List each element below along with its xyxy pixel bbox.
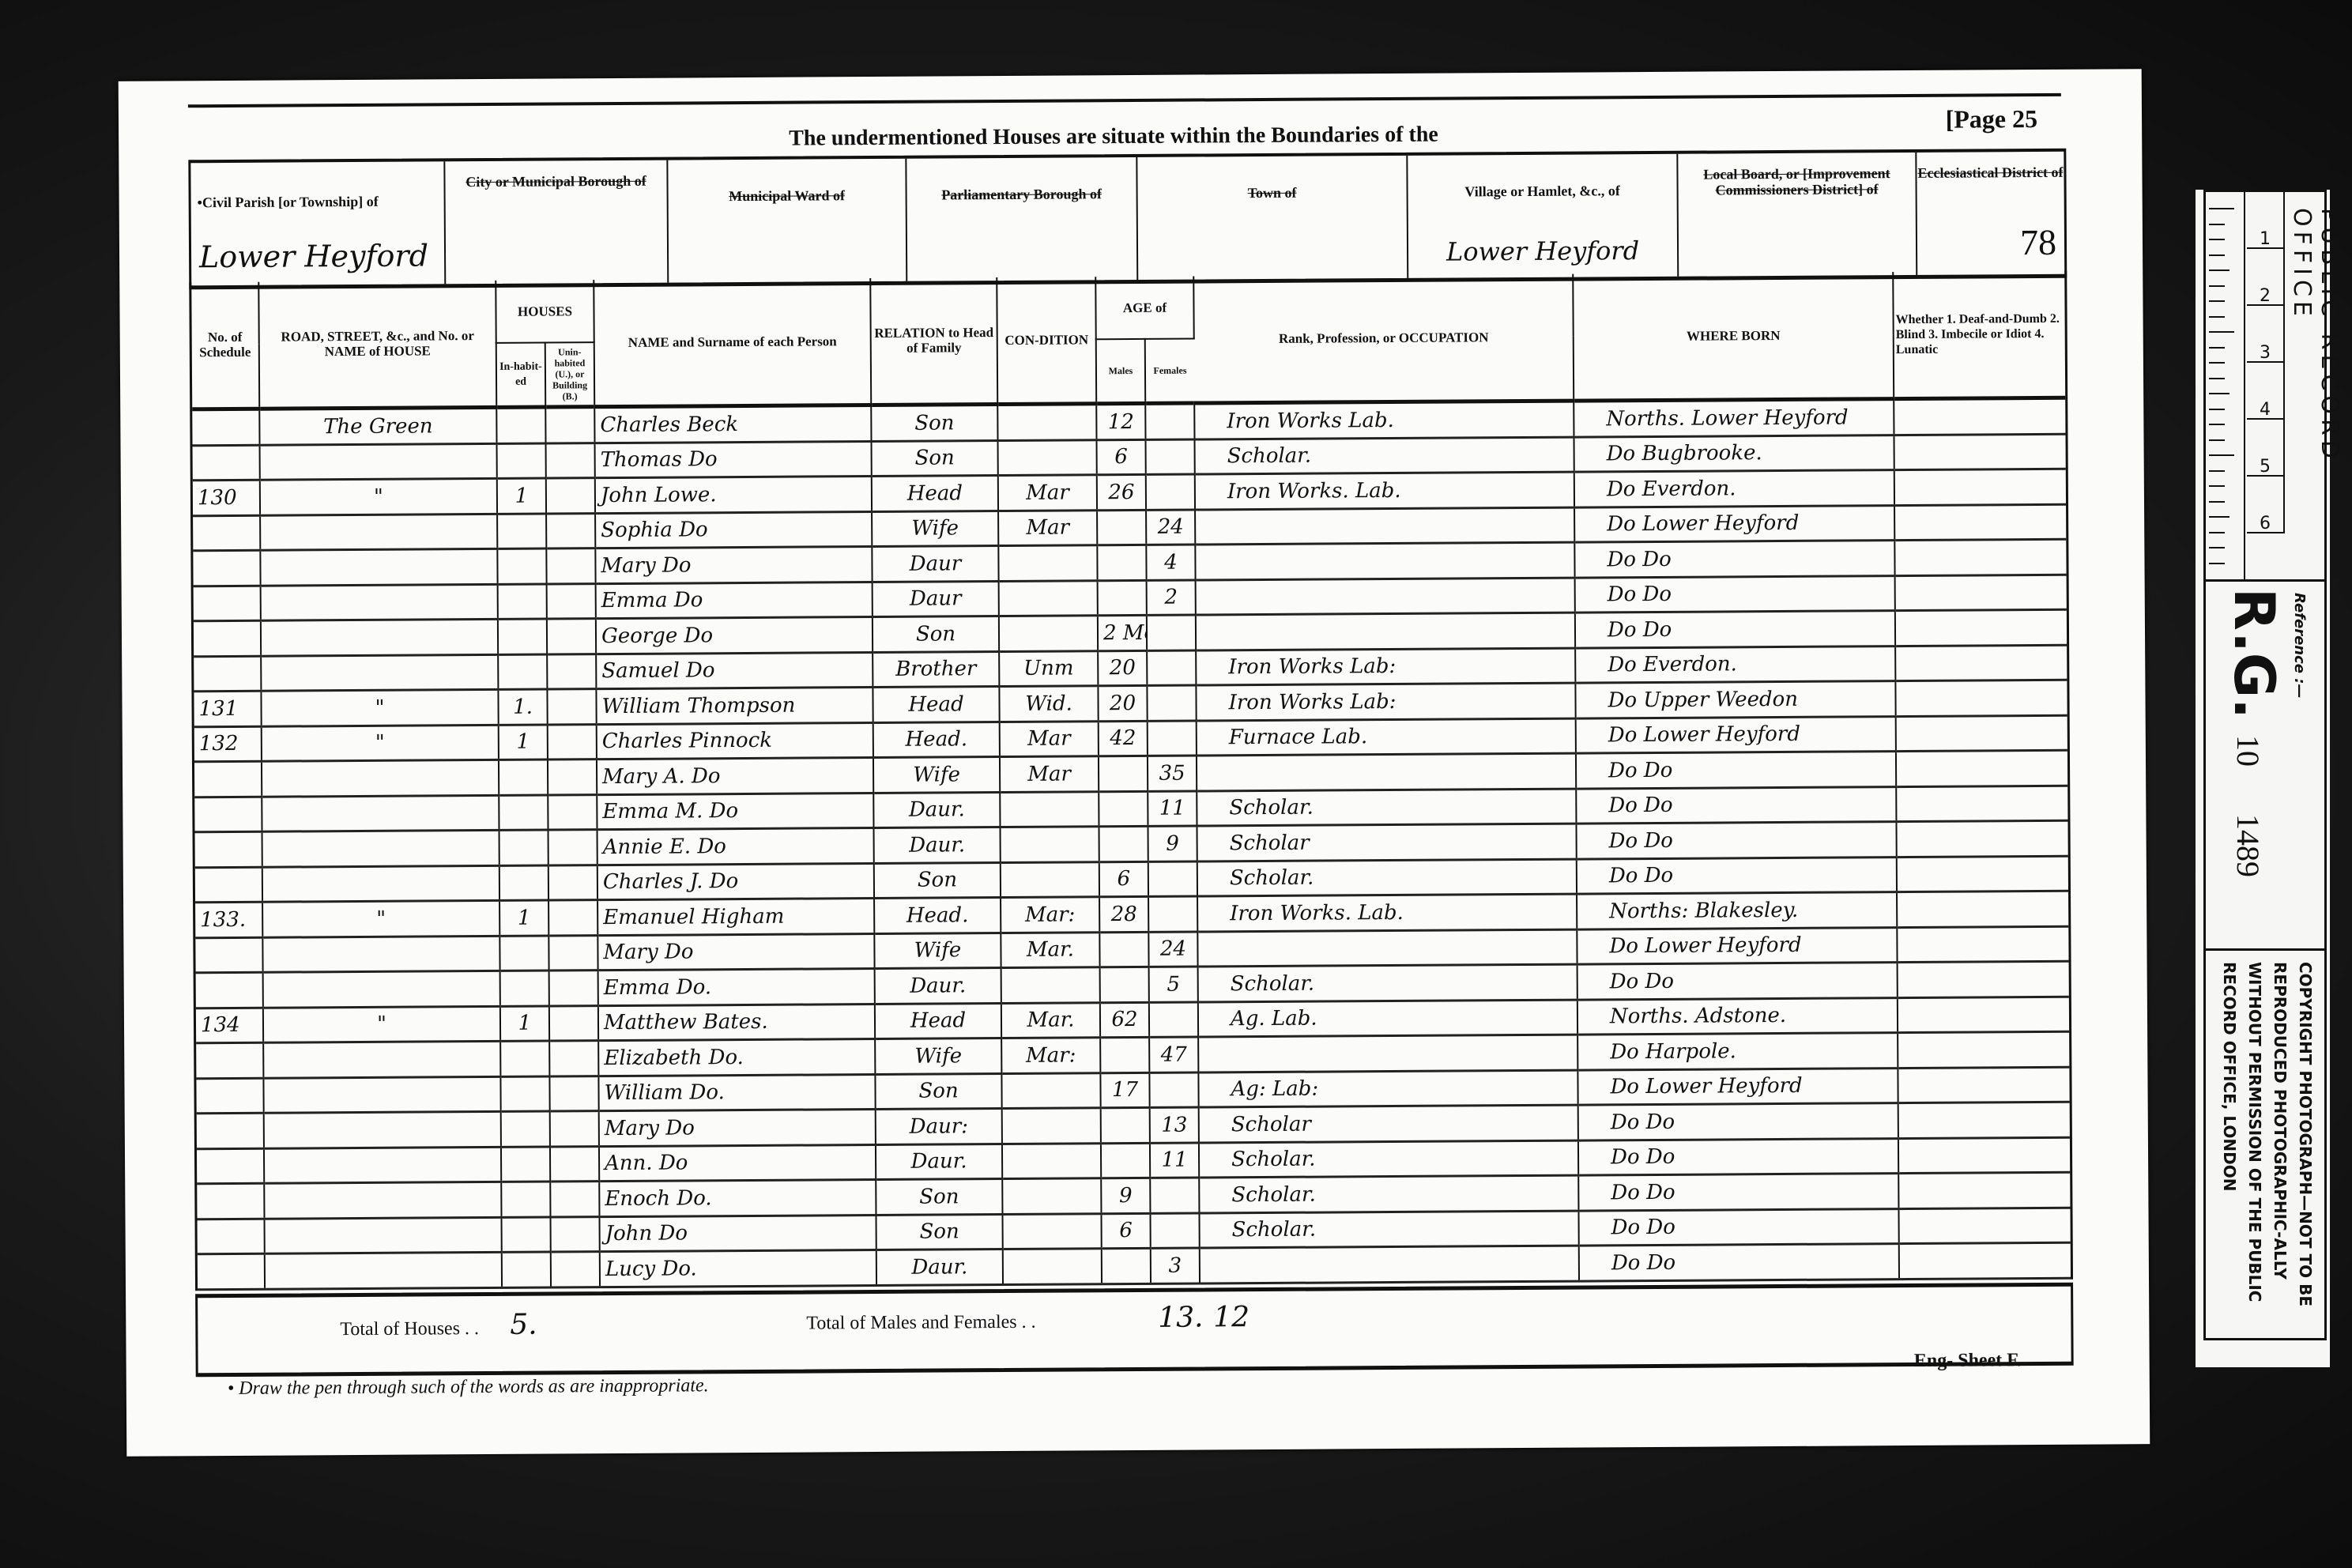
infirmity-cell — [1897, 856, 2068, 892]
name-cell: Emma Do — [596, 582, 873, 619]
male-age-cell — [1099, 791, 1148, 827]
female-age-cell: 11 — [1148, 791, 1197, 827]
infirmity-cell — [1898, 1067, 2069, 1103]
infirmity-cell — [1894, 469, 2066, 505]
inhabited-cell: 1 — [499, 900, 548, 936]
name-cell: Annie E. Do — [597, 828, 874, 865]
male-age-cell — [1097, 545, 1146, 580]
female-age-cell: 5 — [1149, 967, 1198, 1002]
municipal-borough-cell: City or Municipal Borough of — [445, 160, 669, 285]
condition-cell — [1000, 791, 1099, 827]
male-age-cell — [1102, 1248, 1151, 1283]
occupation-cell: Scholar. — [1195, 437, 1574, 474]
condition-cell: Mar — [1000, 721, 1099, 756]
female-age-cell: 4 — [1146, 545, 1195, 580]
female-age-cell — [1147, 615, 1196, 650]
col-name: NAME and Surname of each Person — [594, 278, 871, 407]
condition-cell — [998, 439, 1097, 475]
female-age-cell: 24 — [1146, 510, 1195, 545]
male-age-cell: 6 — [1097, 439, 1146, 475]
female-age-cell — [1147, 685, 1196, 721]
footnote: • Draw the pen through such of the words… — [228, 1375, 709, 1400]
condition-cell: Unm — [999, 650, 1098, 686]
where-born-cell: Do Do — [1575, 575, 1895, 612]
occupation-cell — [1200, 1246, 1579, 1283]
town-cell: Town of — [1137, 156, 1408, 280]
uninhabited-cell — [549, 1076, 598, 1111]
ruler-tick — [2209, 300, 2225, 302]
occupation-cell — [1195, 507, 1574, 545]
male-age-cell: 6 — [1099, 861, 1148, 897]
female-age-cell — [1150, 1178, 1199, 1213]
female-age-cell — [1148, 721, 1197, 756]
infirmity-cell — [1895, 680, 2067, 716]
ruler-tick — [2209, 285, 2225, 287]
ruler-tick — [2209, 316, 2225, 318]
male-age-cell — [1101, 1143, 1150, 1178]
occupation-cell — [1196, 578, 1575, 615]
occupation-cell: Iron Works Lab: — [1196, 683, 1575, 720]
condition-cell — [1003, 1249, 1102, 1284]
male-age-cell: 6 — [1101, 1213, 1150, 1249]
cm-scale-number: 1 — [2247, 192, 2285, 249]
road-cell — [262, 759, 499, 796]
infirmity-cell — [1894, 434, 2065, 470]
female-age-cell — [1146, 439, 1195, 475]
name-cell: Ann. Do — [599, 1144, 876, 1182]
ruler-tick — [2209, 454, 2234, 456]
census-form: The undermentioned Houses are situate wi… — [188, 93, 2069, 1353]
schedule-cell: 133. — [195, 902, 262, 937]
uninhabited-cell — [548, 794, 597, 830]
col-females: Females — [1145, 339, 1194, 404]
condition-cell — [999, 580, 1098, 616]
totals-row: Total of Houses . . 5. Total of Males an… — [195, 1283, 2074, 1378]
condition-cell — [1001, 1072, 1100, 1108]
female-age-cell: 3 — [1151, 1248, 1200, 1283]
schedule-cell: 130 — [193, 480, 260, 515]
female-age-cell — [1149, 1002, 1198, 1038]
ruler-tick — [2209, 362, 2225, 364]
road-cell: " — [262, 900, 499, 937]
col-condition: CON-DITION — [997, 277, 1096, 404]
inhabited-cell — [497, 443, 546, 479]
male-age-cell: 42 — [1099, 721, 1148, 756]
where-born-cell: Norths. Adstone. — [1577, 997, 1898, 1035]
inhabited-cell — [500, 1076, 549, 1112]
road-cell — [260, 443, 497, 480]
schedule-cell: 131 — [194, 691, 261, 726]
name-cell: Charles Beck — [594, 405, 871, 443]
road-cell: " — [260, 478, 497, 514]
male-age-cell — [1099, 756, 1148, 791]
condition-cell: Mar. — [1001, 932, 1099, 967]
male-age-cell: 20 — [1098, 685, 1147, 721]
where-born-cell: Do Lower Heyford — [1577, 1068, 1898, 1105]
where-born-cell: Do Upper Weedon — [1575, 681, 1895, 718]
occupation-cell: Scholar. — [1197, 859, 1577, 896]
road-cell: " — [263, 1006, 500, 1042]
col-age: AGE of — [1095, 277, 1193, 340]
census-rows: The GreenCharles BeckSon12Iron Works Lab… — [192, 398, 2071, 1289]
relation-cell: Wife — [875, 1038, 1001, 1074]
name-cell: Emma Do. — [598, 969, 875, 1006]
civil-parish-value: Lower Heyford — [199, 238, 436, 274]
where-born-cell: Do Lower Heyford — [1574, 505, 1894, 542]
uninhabited-cell — [548, 830, 597, 865]
uninhabited-cell — [549, 971, 598, 1006]
male-age-cell — [1099, 826, 1148, 861]
total-houses-value: 5. — [510, 1309, 537, 1341]
uninhabited-cell — [550, 1111, 599, 1147]
where-born-cell: Do Lower Heyford — [1576, 716, 1896, 753]
uninhabited-cell — [547, 619, 596, 654]
occupation-cell: Scholar — [1199, 1105, 1578, 1142]
where-born-cell: Do Everdon. — [1575, 646, 1895, 683]
relation-cell: Head — [872, 476, 998, 511]
ruler-tick — [2209, 409, 2225, 410]
col-males: Males — [1096, 339, 1145, 404]
inhabited-cell — [501, 1182, 550, 1217]
occupation-cell: Scholar — [1197, 824, 1577, 861]
male-age-cell: 20 — [1098, 650, 1147, 686]
female-age-cell: 2 — [1147, 580, 1196, 616]
name-cell: Sophia Do — [595, 511, 872, 548]
inhabited-cell: 1 — [499, 725, 548, 760]
inhabited-cell — [498, 584, 547, 620]
occupation-cell: Scholar. — [1199, 1211, 1578, 1248]
civil-parish-cell: •Civil Parish [or Township] of Lower Hey… — [190, 161, 446, 285]
female-age-cell — [1150, 1213, 1199, 1249]
uninhabited-cell — [548, 900, 597, 936]
inhabited-cell — [497, 548, 546, 584]
road-cell — [262, 795, 499, 831]
infirmity-cell — [1895, 645, 2067, 681]
municipal-borough-label: City or Municipal Borough of — [445, 173, 666, 190]
schedule-cell — [193, 550, 260, 586]
name-cell: Charles J. Do — [597, 863, 874, 900]
total-females-value: 12 — [1213, 1301, 1249, 1333]
male-age-cell — [1098, 580, 1147, 616]
schedule-cell — [194, 656, 261, 692]
uninhabited-cell — [547, 583, 596, 619]
inhabited-cell — [496, 407, 545, 443]
occupation-cell — [1197, 753, 1576, 790]
condition-cell: Mar — [998, 510, 1097, 545]
schedule-cell — [198, 1253, 265, 1289]
where-born-cell: Do Do — [1579, 1244, 1899, 1281]
road-cell — [262, 830, 499, 866]
schedule-cell — [197, 1148, 264, 1184]
ruler-tick — [2209, 563, 2225, 564]
infirmity-cell — [1897, 891, 2068, 927]
schedule-cell — [192, 409, 259, 445]
ruler-tick — [2209, 532, 2225, 533]
where-born-cell: Do Everdon. — [1574, 470, 1894, 507]
ruler-tick — [2209, 347, 2225, 349]
relation-cell: Wife — [872, 511, 998, 546]
occupation-cell — [1197, 929, 1577, 967]
name-cell: Enoch Do. — [599, 1180, 876, 1217]
local-board-cell: Local Board, or [Improvement Commissione… — [1678, 153, 1917, 277]
relation-cell: Son — [876, 1214, 1003, 1249]
col-relation: RELATION to Head of Family — [870, 277, 997, 405]
inch-ticks — [2206, 192, 2245, 579]
where-born-cell: Do Do — [1577, 857, 1897, 894]
schedule-cell — [195, 831, 262, 867]
name-cell: Mary Do — [595, 547, 872, 584]
road-cell: " — [262, 725, 499, 761]
female-age-cell — [1148, 896, 1197, 932]
col-where-born: WHERE BORN — [1573, 272, 1894, 401]
road-cell — [260, 548, 497, 585]
female-age-cell: 11 — [1150, 1143, 1199, 1178]
inhabited-cell — [499, 830, 548, 865]
occupation-cell: Iron Works. Lab. — [1195, 472, 1574, 509]
inhabited-cell — [500, 1041, 549, 1076]
male-age-cell — [1099, 932, 1148, 967]
infirmity-cell — [1896, 820, 2067, 857]
male-age-cell — [1101, 1107, 1150, 1143]
condition-cell — [1001, 861, 1099, 897]
occupation-cell: Scholar. — [1198, 964, 1577, 1001]
inhabited-cell — [499, 865, 548, 901]
relation-cell: Wife — [874, 933, 1001, 968]
occupation-cell: Ag. Lab. — [1198, 1000, 1577, 1037]
inhabited-cell — [499, 759, 548, 795]
male-age-cell: 2 Mo — [1098, 615, 1147, 650]
where-born-cell: Do Do — [1576, 786, 1896, 824]
ruler-tick — [2209, 516, 2229, 518]
total-persons-label: Total of Males and Females . . — [806, 1312, 1035, 1335]
civil-parish-label: •Civil Parish [or Township] of — [191, 193, 444, 210]
road-cell — [260, 514, 497, 550]
infirmity-cell — [1898, 961, 2069, 997]
occupation-cell: Ag: Lab: — [1198, 1070, 1577, 1107]
female-age-cell: 24 — [1148, 932, 1197, 967]
road-cell — [262, 936, 499, 972]
relation-cell: Head. — [873, 722, 1000, 757]
relation-cell: Daur. — [874, 827, 1001, 863]
infirmity-cell — [1897, 926, 2068, 963]
relation-cell: Daur. — [873, 792, 1000, 827]
name-cell: William Thompson — [596, 688, 873, 725]
relation-cell: Daur: — [876, 1109, 1002, 1144]
condition-cell: Mar: — [1001, 897, 1099, 933]
series-code: R.G. — [2222, 588, 2286, 719]
condition-cell — [1001, 827, 1099, 862]
name-cell: Mary Do — [597, 933, 874, 971]
road-cell — [263, 1041, 500, 1077]
inhabited-cell — [501, 1217, 550, 1253]
where-born-cell: Do Do — [1575, 611, 1895, 648]
name-cell: John Do — [600, 1215, 876, 1252]
schedule-cell — [195, 937, 262, 973]
inhabited-cell — [501, 1111, 550, 1147]
ruler-tick — [2209, 547, 2225, 548]
road-cell: " — [261, 689, 498, 726]
occupation-cell: Scholar. — [1199, 1175, 1578, 1212]
ruler-tick — [2209, 208, 2234, 209]
infirmity-cell — [1898, 1137, 2070, 1174]
town-label: Town of — [1138, 184, 1407, 202]
uninhabited-cell — [548, 935, 597, 971]
road-cell — [261, 584, 498, 620]
schedule-cell — [195, 867, 262, 903]
male-age-cell — [1100, 1037, 1149, 1072]
relation-cell: Son — [876, 1179, 1002, 1215]
total-houses-label: Total of Houses . . — [340, 1318, 479, 1340]
occupation-cell: Iron Works Lab. — [1194, 401, 1574, 439]
inhabited-cell — [499, 936, 548, 971]
col-houses: HOUSES — [496, 280, 594, 343]
female-age-cell — [1148, 861, 1197, 897]
name-cell: Emanuel Higham — [597, 899, 874, 936]
inhabited-cell: 1 — [500, 1006, 549, 1042]
where-born-cell: Norths. Lower Heyford — [1574, 399, 1894, 437]
schedule-cell — [196, 1042, 263, 1078]
cm-scale-number: 5 — [2247, 420, 2285, 477]
village-cell: Village or Hamlet, &c., of Lower Heyford — [1408, 154, 1679, 278]
piece-class: 10 — [2229, 735, 2267, 767]
road-cell — [265, 1252, 502, 1288]
relation-cell: Daur. — [876, 1249, 1003, 1285]
relation-cell: Wife — [873, 757, 1000, 793]
uninhabited-cell — [547, 654, 596, 689]
parliamentary-borough-label: Parliamentary Borough of — [907, 186, 1136, 203]
inhabited-cell: 1. — [498, 689, 547, 725]
occupation-cell: Iron Works. Lab. — [1197, 894, 1577, 931]
infirmity-cell — [1896, 750, 2067, 786]
ecclesiastical-district-value: 78 — [1925, 221, 2056, 264]
schedule-cell — [193, 445, 260, 481]
condition-cell: Wid. — [999, 686, 1098, 722]
col-schedule: No. of Schedule — [191, 282, 259, 409]
condition-cell — [1003, 1213, 1102, 1249]
occupation-cell: Scholar. — [1197, 789, 1576, 826]
condition-cell — [997, 404, 1096, 440]
male-age-cell: 28 — [1099, 896, 1148, 932]
name-cell: Thomas Do — [595, 441, 872, 478]
col-road: ROAD, STREET, &c., and No. or NAME of HO… — [258, 281, 496, 409]
municipal-ward-cell: Municipal Ward of — [668, 159, 907, 283]
occupation-cell: Furnace Lab. — [1197, 718, 1576, 756]
uninhabited-cell — [549, 1041, 598, 1076]
road-cell — [263, 1076, 500, 1113]
male-age-cell — [1097, 510, 1146, 545]
condition-cell: Mar — [998, 475, 1097, 511]
road-cell — [262, 865, 499, 902]
occupation-cell — [1198, 1035, 1577, 1072]
schedule-cell — [193, 515, 260, 551]
copyright-notice: COPYRIGHT PHOTOGRAPH—NOT TO BE REPRODUCE… — [2217, 962, 2318, 1310]
male-age-cell: 17 — [1100, 1072, 1149, 1108]
ruler-tick — [2209, 254, 2225, 256]
schedule-cell — [194, 761, 262, 797]
col-infirmity: Whether 1. Deaf-and-Dumb 2. Blind 3. Imb… — [1893, 271, 2065, 399]
where-born-cell: Do Lower Heyford — [1577, 927, 1897, 964]
name-cell: Charles Pinnock — [597, 722, 873, 759]
relation-cell: Daur. — [875, 968, 1001, 1004]
condition-cell — [1002, 1178, 1101, 1214]
uninhabited-cell — [548, 724, 597, 759]
uninhabited-cell — [550, 1146, 599, 1182]
infirmity-cell — [1896, 786, 2067, 822]
condition-cell — [1002, 1143, 1101, 1178]
infirmity-cell — [1895, 575, 2067, 611]
female-age-cell — [1149, 1072, 1198, 1108]
relation-cell: Son — [874, 862, 1001, 898]
ruler-tick — [2209, 239, 2225, 240]
where-born-cell: Do Do — [1578, 1174, 1898, 1211]
male-age-cell: 62 — [1100, 1002, 1149, 1038]
inhabited-cell: 1 — [497, 478, 546, 514]
cm-scale-number: 6 — [2247, 477, 2285, 533]
road-cell — [261, 654, 498, 691]
relation-cell: Son — [871, 405, 997, 441]
sheet-label: Eng- Sheet F. — [1914, 1350, 2022, 1372]
infirmity-cell — [1898, 1172, 2070, 1208]
where-born-cell: Do Do — [1576, 752, 1896, 789]
female-age-cell — [1145, 403, 1194, 439]
uninhabited-cell — [548, 865, 597, 900]
infirmity-cell — [1898, 1031, 2069, 1068]
inhabited-cell — [502, 1252, 551, 1287]
ecclesiastical-district-label: Ecclesiastical District of — [1917, 164, 2064, 181]
where-born-cell: Do Do — [1576, 822, 1896, 859]
page-number: [Page 25 — [1946, 104, 2038, 134]
name-cell: Emma M. Do — [597, 793, 873, 830]
cm-scale-number: 2 — [2247, 249, 2285, 306]
census-page: The undermentioned Houses are situate wi… — [119, 69, 2150, 1457]
local-board-label: Local Board, or [Improvement Commissione… — [1678, 165, 1915, 198]
relation-cell: Head. — [874, 898, 1001, 933]
road-cell: The Green — [259, 407, 496, 444]
relation-cell: Son — [872, 440, 998, 476]
uninhabited-cell — [549, 1005, 598, 1041]
cm-scale-number: 4 — [2247, 363, 2285, 420]
ruler-tick — [2209, 393, 2229, 394]
schedule-cell — [194, 586, 261, 621]
road-cell — [265, 1217, 502, 1253]
schedule-cell: 134 — [196, 1008, 263, 1043]
relation-cell: Son — [873, 616, 999, 652]
office-name: PUBLIC RECORD OFFICE — [2288, 208, 2343, 579]
scale-ruler: 123456 PUBLIC RECORD OFFICE — [2203, 190, 2327, 582]
where-born-cell: Do Do — [1578, 1103, 1898, 1140]
name-cell: Matthew Bates. — [598, 1004, 875, 1041]
schedule-cell — [197, 1183, 264, 1219]
ruler-tick — [2209, 470, 2225, 472]
name-cell: Samuel Do — [596, 652, 873, 689]
boundaries-row: •Civil Parish [or Township] of Lower Hey… — [188, 149, 2067, 290]
relation-cell: Head — [873, 687, 999, 722]
village-label: Village or Hamlet, &c., of — [1408, 183, 1677, 200]
infirmity-cell — [1898, 1102, 2070, 1138]
total-males-value: 13. — [1158, 1301, 1204, 1333]
relation-cell: Head — [875, 1003, 1001, 1038]
ruler-tick — [2209, 224, 2225, 225]
relation-cell: Daur — [872, 546, 998, 582]
uninhabited-cell — [546, 478, 595, 514]
municipal-ward-label: Municipal Ward of — [669, 187, 906, 205]
ruler-tick — [2209, 378, 2225, 379]
road-cell — [263, 971, 500, 1007]
ruler-tick — [2209, 331, 2234, 333]
male-age-cell: 9 — [1101, 1178, 1150, 1213]
occupation-cell: Iron Works Lab: — [1196, 648, 1575, 685]
reference-label: Reference :— — [2291, 593, 2308, 698]
